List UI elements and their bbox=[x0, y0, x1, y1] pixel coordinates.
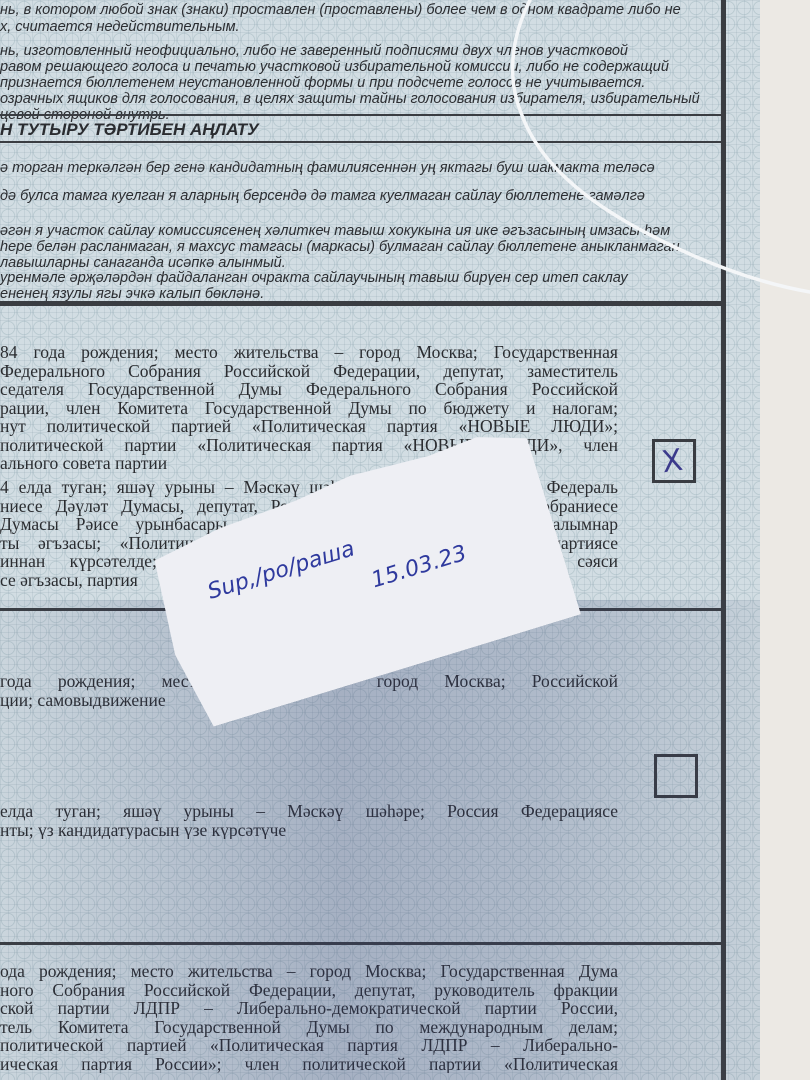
instruction-tt-line: дә булса тамга куелган я аларның берсенд… bbox=[0, 188, 715, 204]
divider bbox=[0, 942, 724, 945]
candidate-2-info-tt: елда туган; яшәү урыны – Мәскәү шәһәре; … bbox=[0, 802, 618, 839]
divider bbox=[0, 141, 722, 143]
instruction-ru-line: нь, изготовленный неофициально, либо не … bbox=[0, 43, 715, 59]
instruction-ru-line: признается бюллетенем неустановленной фо… bbox=[0, 75, 715, 91]
instruction-tt-line: һере белән расланмаган, я махсус тамгасы… bbox=[0, 239, 715, 255]
instruction-ru-line: нь, в котором любой знак (знаки) простав… bbox=[0, 2, 715, 18]
instruction-ru-line: х, считается недействительным. bbox=[0, 19, 715, 35]
instruction-tt-line: әгән я участок сайлау комиссиясенең хәли… bbox=[0, 223, 715, 239]
ballot-border-right bbox=[721, 0, 726, 1080]
x-mark-icon: X bbox=[660, 443, 685, 481]
note-date: 15.03.23 bbox=[369, 541, 470, 594]
instruction-tt-line: уренмәле әрҗәләрдән файдаланган очракта … bbox=[0, 270, 715, 286]
divider-thick bbox=[0, 301, 726, 306]
instruction-tt-line: лавышларны санаганда исәпкә алынмый. bbox=[0, 255, 715, 271]
candidate-1-checkbox[interactable]: X bbox=[652, 439, 696, 483]
instruction-tt-line: ененең язулы ягы эчкә калып бөкләнә. bbox=[0, 286, 715, 302]
instruction-tt-line: ә торган теркәлгән бер генә кандидатның … bbox=[0, 160, 715, 176]
note-handwriting: Sup,/po/paша bbox=[205, 536, 358, 604]
section-header: Н ТУТЫРУ ТӘРТИБЕН АҢЛАТУ bbox=[0, 120, 259, 140]
candidate-3-info-ru: ода рождения; место жительства – город М… bbox=[0, 962, 618, 1073]
instruction-ru-line: озрачных ящиков для голосования, в целях… bbox=[0, 91, 715, 107]
divider bbox=[0, 114, 722, 116]
instruction-ru-line: равом решающего голоса и печатью участко… bbox=[0, 59, 715, 75]
candidate-2-checkbox[interactable] bbox=[654, 754, 698, 798]
